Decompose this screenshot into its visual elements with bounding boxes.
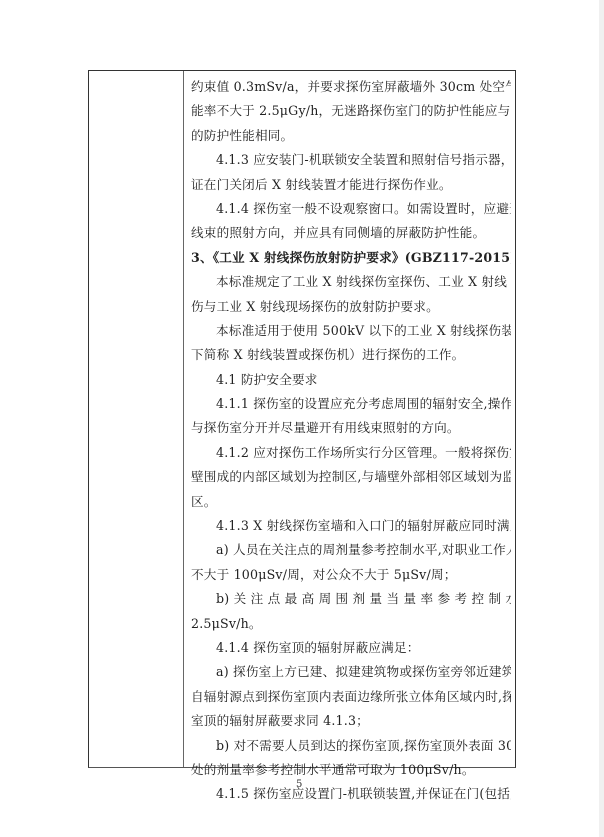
viewer-edge-strip xyxy=(599,0,604,837)
text-line: 4.1.3 应安装门-机联锁安全装置和照射信号指示器，并保 xyxy=(191,148,511,172)
text-line: 区。 xyxy=(191,490,511,514)
text-line: 不大于 100μSv/周，对公众不大于 5μSv/周； xyxy=(191,563,511,587)
text-line: 处的剂量率参考控制水平通常可取为 100μSv/h。 xyxy=(191,758,511,782)
text-line: a) 探伤室上方已建、拟建建筑物或探伤室旁邻近建筑物在 xyxy=(191,660,511,684)
document-table: 约束值 0.3mSv/a，并要求探伤室屏蔽墙外 30cm 处空气比释动能率不大于… xyxy=(88,70,516,768)
text-line: a) 人员在关注点的周剂量参考控制水平,对职业工作人员 xyxy=(191,538,511,562)
text-line: 壁围成的内部区域划为控制区,与墙壁外部相邻区域划为监督 xyxy=(191,465,511,489)
text-line: 2.5μSv/h。 xyxy=(191,612,511,636)
text-line: 4.1.4 探伤室顶的辐射屏蔽应满足： xyxy=(191,636,511,660)
text-line: 4.1.3 X 射线探伤室墙和入口门的辐射屏蔽应同时满足： xyxy=(191,514,511,538)
text-line: 约束值 0.3mSv/a，并要求探伤室屏蔽墙外 30cm 处空气比释动 xyxy=(191,75,511,99)
text-line: 证在门关闭后 X 射线装置才能进行探伤作业。 xyxy=(191,173,511,197)
text-line: 下简称 X 射线装置或探伤机）进行探伤的工作。 xyxy=(191,343,511,367)
text-line: 本标准适用于使用 500kV 以下的工业 X 射线探伤装置(以 xyxy=(191,319,511,343)
text-line: 伤与工业 X 射线现场探伤的放射防护要求。 xyxy=(191,295,511,319)
text-line: 能率不大于 2.5μGy/h，无迷路探伤室门的防护性能应与同侧墙 xyxy=(191,99,511,123)
text-line: 线束的照射方向，并应具有同侧墙的屏蔽防护性能。 xyxy=(191,221,511,245)
table-left-cell xyxy=(89,71,184,767)
text-line: 自辐射源点到探伤室顶内表面边缘所张立体角区域内时,探伤 xyxy=(191,685,511,709)
section-heading: 3、《工业 X 射线探伤放射防护要求》(GBZ117-2015) xyxy=(191,246,511,270)
table-content-cell: 约束值 0.3mSv/a，并要求探伤室屏蔽墙外 30cm 处空气比释动能率不大于… xyxy=(185,71,515,767)
text-line: 4.1 防护安全要求 xyxy=(191,368,511,392)
text-line: 4.1.4 探伤室一般不设观察窗口。如需设置时，应避开有用 xyxy=(191,197,511,221)
text-line: 本标准规定了工业 X 射线探伤室探伤、工业 X 射线 CT 探 xyxy=(191,270,511,294)
text-line: 与探伤室分开并尽量避开有用线束照射的方向。 xyxy=(191,416,511,440)
text-line: 4.1.1 探伤室的设置应充分考虑周围的辐射安全,操作室应 xyxy=(191,392,511,416)
text-line: 室顶的辐射屏蔽要求同 4.1.3； xyxy=(191,709,511,733)
text-line: b) 关 注 点 最 高 周 围 剂 量 当 量 率 参 考 控 制 水 平 不… xyxy=(191,587,511,611)
page-number: 5 xyxy=(296,779,302,790)
text-line: b) 对不需要人员到达的探伤室顶,探伤室顶外表面 30cm xyxy=(191,734,511,758)
text-line: 的防护性能相同。 xyxy=(191,124,511,148)
text-line: 4.1.5 探伤室应设置门-机联锁装置,并保证在门(包括人员 xyxy=(191,782,511,806)
text-line: 4.1.2 应对探伤工作场所实行分区管理。一般将探伤室墙 xyxy=(191,441,511,465)
